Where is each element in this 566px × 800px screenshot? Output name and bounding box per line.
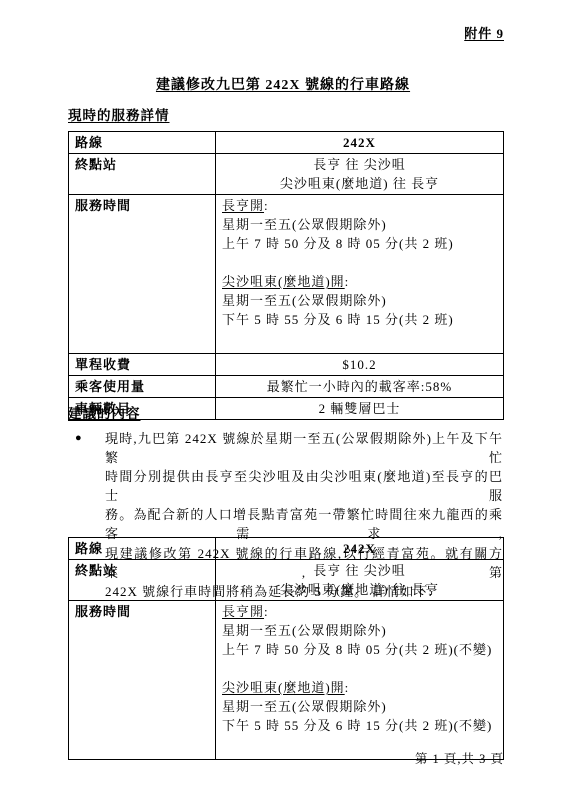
annex-label-text: 附件 9 — [464, 26, 504, 41]
termini-value: 長亨 往 尖沙咀 尖沙咀東(麼地道) 往 長亨 — [216, 560, 504, 601]
document-title: 建議修改九巴第 242X 號線的行車路線 — [0, 74, 566, 94]
route-value: 242X — [216, 132, 504, 154]
termini-value: 長亨 往 尖沙咀 尖沙咀東(麼地道) 往 長亨 — [216, 154, 504, 195]
service-direction-heading-text: 長亨開 — [222, 198, 264, 213]
blank-line — [222, 253, 497, 272]
table-row: 路線 242X — [69, 538, 504, 560]
route-value: 242X — [216, 538, 504, 560]
colon: : — [264, 198, 269, 213]
service-line: 星期一至五(公眾假期除外) — [222, 215, 497, 234]
service-direction-heading-text: 尖沙咀東(麼地道)開 — [222, 680, 345, 695]
termini-label: 終點站 — [69, 154, 216, 195]
paragraph-line: 時間分別提供由長亨至尖沙咀及由尖沙咀東(麼地道)至長亨的巴士服 — [105, 467, 503, 505]
proposed-service-table: 路線 242X 終點站 長亨 往 尖沙咀 尖沙咀東(麼地道) 往 長亨 服務時間… — [68, 537, 504, 760]
document-title-text: 建議修改九巴第 242X 號線的行車路線 — [156, 78, 410, 93]
service-line: 星期一至五(公眾假期除外) — [222, 621, 497, 640]
patronage-label: 乘客使用量 — [69, 376, 216, 398]
page-number: 第 1 頁,共 3 頁 — [415, 749, 504, 767]
fare-value: $10.2 — [216, 354, 504, 376]
colon: : — [345, 680, 350, 695]
annex-label: 附件 9 — [464, 23, 504, 42]
document-page: 附件 9 建議修改九巴第 242X 號線的行車路線 現時的服務詳情 路線 242… — [0, 0, 566, 800]
fare-label: 單程收費 — [69, 354, 216, 376]
route-label: 路線 — [69, 538, 216, 560]
termini-line: 尖沙咀東(麼地道) 往 長亨 — [222, 580, 497, 599]
service-hours-label: 服務時間 — [69, 195, 216, 354]
service-hours-value: 長亨開: 星期一至五(公眾假期除外) 上午 7 時 50 分及 8 時 05 分… — [216, 195, 504, 354]
blank-line — [222, 659, 497, 678]
service-hours-label: 服務時間 — [69, 601, 216, 760]
fleet-value: 2 輛雙層巴士 — [216, 398, 504, 420]
patronage-value: 最繁忙一小時內的載客率:58% — [216, 376, 504, 398]
table-row: 乘客使用量 最繁忙一小時內的載客率:58% — [69, 376, 504, 398]
route-label: 路線 — [69, 132, 216, 154]
service-line: 上午 7 時 50 分及 8 時 05 分(共 2 班)(不變) — [222, 640, 497, 659]
table-row: 服務時間 長亨開: 星期一至五(公眾假期除外) 上午 7 時 50 分及 8 時… — [69, 195, 504, 354]
service-line: 星期一至五(公眾假期除外) — [222, 291, 497, 310]
current-service-table: 路線 242X 終點站 長亨 往 尖沙咀 尖沙咀東(麼地道) 往 長亨 服務時間… — [68, 131, 504, 420]
section-heading-proposal-text: 建議的內容 — [68, 406, 141, 421]
section-heading-proposal: 建議的內容 — [68, 402, 141, 422]
section-heading-current-service-text: 現時的服務詳情 — [68, 108, 170, 123]
blank-line — [222, 329, 497, 348]
service-line: 下午 5 時 55 分及 6 時 15 分(共 2 班) — [222, 310, 497, 329]
service-line: 上午 7 時 50 分及 8 時 05 分(共 2 班) — [222, 234, 497, 253]
termini-line: 尖沙咀東(麼地道) 往 長亨 — [222, 174, 497, 193]
table-row: 終點站 長亨 往 尖沙咀 尖沙咀東(麼地道) 往 長亨 — [69, 154, 504, 195]
service-direction-heading-text: 長亨開 — [222, 604, 264, 619]
termini-line: 長亨 往 尖沙咀 — [222, 561, 497, 580]
table-row: 服務時間 長亨開: 星期一至五(公眾假期除外) 上午 7 時 50 分及 8 時… — [69, 601, 504, 760]
colon: : — [345, 274, 350, 289]
table-row: 路線 242X — [69, 132, 504, 154]
service-line: 下午 5 時 55 分及 6 時 15 分(共 2 班)(不變) — [222, 716, 497, 735]
termini-label: 終點站 — [69, 560, 216, 601]
service-direction-heading: 尖沙咀東(麼地道)開: — [222, 678, 497, 697]
paragraph-line: 現時,九巴第 242X 號線於星期一至五(公眾假期除外)上午及下午繁忙 — [105, 429, 503, 467]
section-heading-current-service: 現時的服務詳情 — [68, 104, 170, 124]
table-row: 終點站 長亨 往 尖沙咀 尖沙咀東(麼地道) 往 長亨 — [69, 560, 504, 601]
service-direction-heading: 尖沙咀東(麼地道)開: — [222, 272, 497, 291]
service-direction-heading-text: 尖沙咀東(麼地道)開 — [222, 274, 345, 289]
table-row: 單程收費 $10.2 — [69, 354, 504, 376]
service-direction-heading: 長亨開: — [222, 602, 497, 621]
colon: : — [264, 604, 269, 619]
service-line: 星期一至五(公眾假期除外) — [222, 697, 497, 716]
service-direction-heading: 長亨開: — [222, 196, 497, 215]
termini-line: 長亨 往 尖沙咀 — [222, 155, 497, 174]
service-hours-value: 長亨開: 星期一至五(公眾假期除外) 上午 7 時 50 分及 8 時 05 分… — [216, 601, 504, 760]
